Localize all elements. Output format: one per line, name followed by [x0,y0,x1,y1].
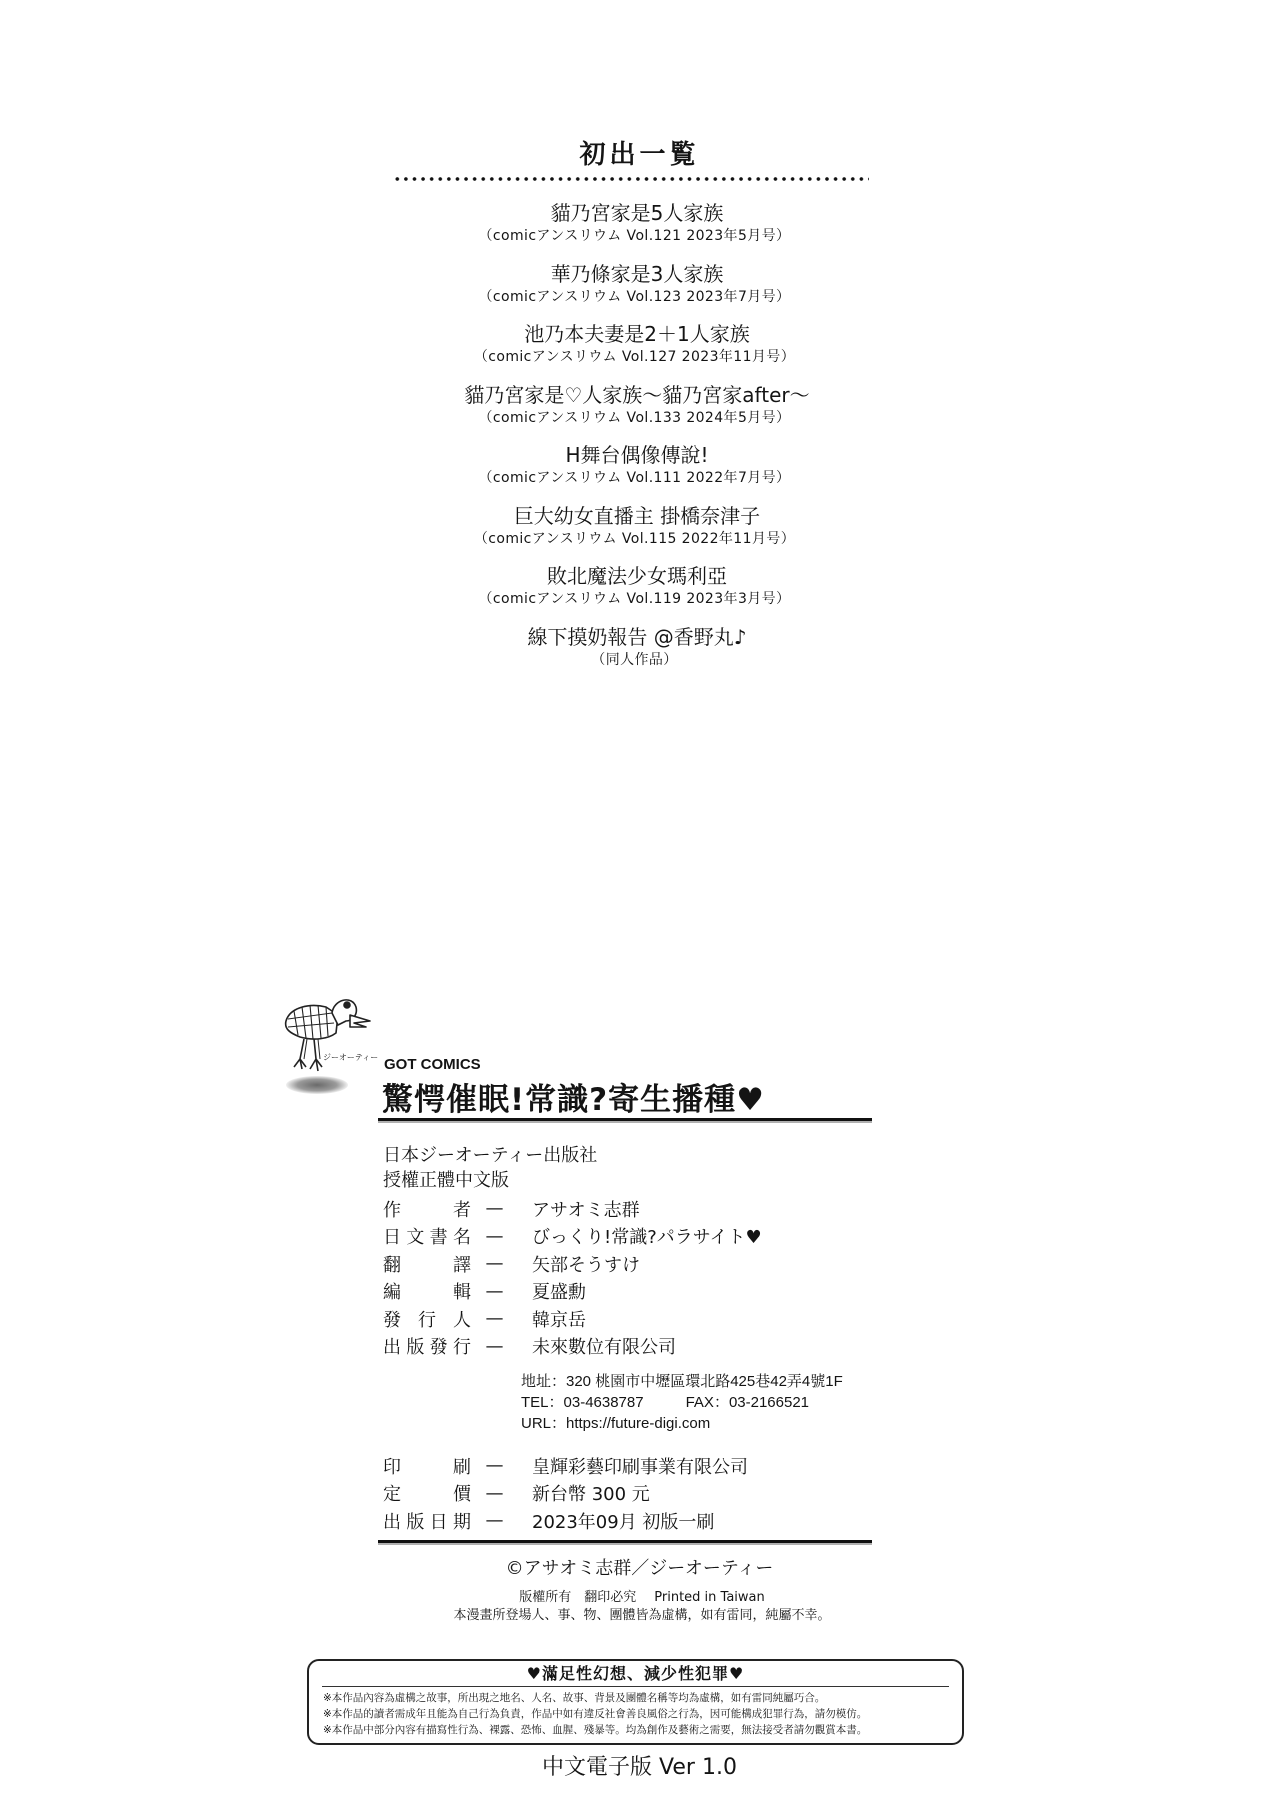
credit-value: 夏盛勳 [514,1278,586,1304]
credit-dash: — [471,1455,514,1476]
notice-line: ※本作品內容為虛構之故事，所出現之地名、人名、故事、背景及團體名稱等均為虛構，如… [323,1690,962,1706]
credit-label: 翻譯 [383,1251,471,1277]
initial-publication-title: 初出一覧 [0,134,1269,171]
credit-row-price: 定價 — 新台幣 300 元 [383,1480,748,1508]
entry-title: 線下摸奶報告 @香野丸♪ [0,624,1269,650]
tel: TEL：03-4638787 [521,1394,644,1411]
list-item: 華乃條家是3人家族 （comicアンスリウム Vol.123 2023年7月号） [0,261,1269,322]
credit-value: アサオミ志群 [514,1196,640,1222]
credit-label: 作者 [383,1196,471,1222]
credit-value: 矢部そうすけ [514,1251,640,1277]
credit-value: 皇輝彩藝印刷事業有限公司 [514,1453,748,1479]
publisher-info: 日本ジーオーティー出版社 授權正體中文版 [383,1143,597,1193]
logo-caption: ジーオーティー [323,1052,378,1063]
list-item: 貓乃宮家是♡人家族～貓乃宮家after～ （comicアンスリウム Vol.13… [0,382,1269,443]
book-title: 驚愕催眠!常識?寄生播種♥ [382,1074,765,1119]
credit-label: 出版日期 [383,1508,471,1534]
credit-dash: — [471,1198,514,1219]
list-item: 敗北魔法少女瑪利亞 （comicアンスリウム Vol.119 2023年3月号） [0,563,1269,624]
entry-title: 貓乃宮家是5人家族 [0,200,1269,226]
credit-row-editor: 編輯 — 夏盛勳 [383,1278,762,1306]
credit-dash: — [471,1336,514,1357]
copyright: ©アサオミ志群／ジーオーティー [0,1554,1269,1580]
entry-title: 華乃條家是3人家族 [0,261,1269,287]
list-item: 池乃本夫妻是2＋1人家族 （comicアンスリウム Vol.127 2023年1… [0,321,1269,382]
credit-label: 日文書名 [383,1223,471,1249]
credit-dash: — [471,1281,514,1302]
title-divider [378,1118,872,1123]
phone-fax-row: TEL：03-4638787FAX：03-2166521 [521,1392,843,1413]
entry-title: 巨大幼女直播主 掛橋奈津子 [0,503,1269,529]
print-info-table: 印刷 — 皇輝彩藝印刷事業有限公司 定價 — 新台幣 300 元 出版日期 — … [383,1452,748,1535]
credit-label: 發行人 [383,1306,471,1332]
dotted-divider [393,176,869,182]
notice-line: ※本作品中部分內容有描寫性行為、裸露、恐怖、血腥、殘暴等。均為創作及藝術之需要，… [323,1722,962,1738]
notice-lines: ※本作品內容為虛構之故事，所出現之地名、人名、故事、背景及團體名稱等均為虛構，如… [309,1687,962,1738]
rights-notice: 版權所有 翻印必究Printed in Taiwan 本漫畫所登場人、事、物、團… [0,1589,1269,1625]
credit-value: びっくり!常識?パラサイト♥ [514,1223,762,1249]
entry-source: （comicアンスリウム Vol.121 2023年5月号） [0,226,1269,246]
entry-title: H舞台偶像傳說! [0,442,1269,468]
printed-in: Printed in Taiwan [654,1590,764,1605]
credit-dash: — [471,1253,514,1274]
logo-shadow [286,1076,348,1094]
entry-source: （comicアンスリウム Vol.115 2022年11月号） [0,529,1269,549]
fax: FAX：03-2166521 [686,1394,809,1411]
entry-source: （同人作品） [0,650,1269,670]
credits-table: 作者 — アサオミ志群 日文書名 — びっくり!常識?パラサイト♥ 翻譯 — 矢… [383,1195,762,1360]
content-notice-box: ♥滿足性幻想、減少性犯罪♥ ※本作品內容為虛構之故事，所出現之地名、人名、故事、… [307,1659,964,1745]
entry-title: 貓乃宮家是♡人家族～貓乃宮家after～ [0,382,1269,408]
credit-label: 出版發行 [383,1333,471,1359]
credit-label: 定價 [383,1480,471,1506]
publisher-contact: 地址：320 桃園市中壢區環北路425巷42弄4號1F TEL：03-46387… [521,1371,843,1434]
fiction-disclaimer: 本漫畫所登場人、事、物、團體皆為虛構，如有雷同，純屬不幸。 [15,1607,1269,1625]
license-note: 授權正體中文版 [383,1168,597,1193]
credit-value: 新台幣 300 元 [514,1480,650,1506]
list-item: 貓乃宮家是5人家族 （comicアンスリウム Vol.121 2023年5月号） [0,200,1269,261]
credit-row-translator: 翻譯 — 矢部そうすけ [383,1250,762,1278]
entry-source: （comicアンスリウム Vol.123 2023年7月号） [0,287,1269,307]
credit-row-printer: 印刷 — 皇輝彩藝印刷事業有限公司 [383,1452,748,1480]
credit-value: 韓京岳 [514,1306,586,1332]
address: 地址：320 桃園市中壢區環北路425巷42弄4號1F [521,1371,843,1392]
book-title-text: 驚愕催眠!常識?寄生播種 [382,1082,736,1118]
credit-dash: — [471,1510,514,1531]
entry-title: 敗北魔法少女瑪利亞 [0,563,1269,589]
credit-row-publisher: 發行人 — 韓京岳 [383,1305,762,1333]
entry-source: （comicアンスリウム Vol.111 2022年7月号） [0,468,1269,488]
colophon-divider [378,1540,872,1545]
credit-dash: — [471,1226,514,1247]
credit-row-distribution: 出版發行 — 未來數位有限公司 [383,1333,762,1361]
edition-label: 中文電子版 Ver 1.0 [0,1750,1269,1781]
publication-list: 貓乃宮家是5人家族 （comicアンスリウム Vol.121 2023年5月号）… [0,200,1269,684]
credit-value: 未來數位有限公司 [514,1333,676,1359]
entry-source: （comicアンスリウム Vol.127 2023年11月号） [0,347,1269,367]
credit-dash: — [471,1483,514,1504]
entry-title: 池乃本夫妻是2＋1人家族 [0,321,1269,347]
credit-row-author: 作者 — アサオミ志群 [383,1195,762,1223]
notice-title: ♥滿足性幻想、減少性犯罪♥ [309,1661,962,1686]
entry-source: （comicアンスリウム Vol.133 2024年5月号） [0,408,1269,428]
entry-source: （comicアンスリウム Vol.119 2023年3月号） [0,589,1269,609]
rights-reserved: 版權所有 翻印必究 [519,1590,636,1605]
credit-row-original-title: 日文書名 — びっくり!常識?パラサイト♥ [383,1223,762,1251]
list-item: H舞台偶像傳說! （comicアンスリウム Vol.111 2022年7月号） [0,442,1269,503]
imprint-label: GOT COMICS [384,1056,481,1073]
credit-dash: — [471,1308,514,1329]
heart-icon: ♥ [736,1082,765,1118]
credit-label: 印刷 [383,1453,471,1479]
publisher-name: 日本ジーオーティー出版社 [383,1143,597,1168]
notice-line: ※本作品的讀者需成年且能為自己行為負責，作品中如有違反社會善良風俗之行為，因可能… [323,1706,962,1722]
credit-row-publication-date: 出版日期 — 2023年09月 初版一刷 [383,1507,748,1535]
list-item: 巨大幼女直播主 掛橋奈津子 （comicアンスリウム Vol.115 2022年… [0,503,1269,564]
url: URL：https://future-digi.com [521,1413,843,1434]
credit-label: 編輯 [383,1278,471,1304]
credit-value: 2023年09月 初版一刷 [514,1508,714,1534]
list-item: 線下摸奶報告 @香野丸♪ （同人作品） [0,624,1269,685]
